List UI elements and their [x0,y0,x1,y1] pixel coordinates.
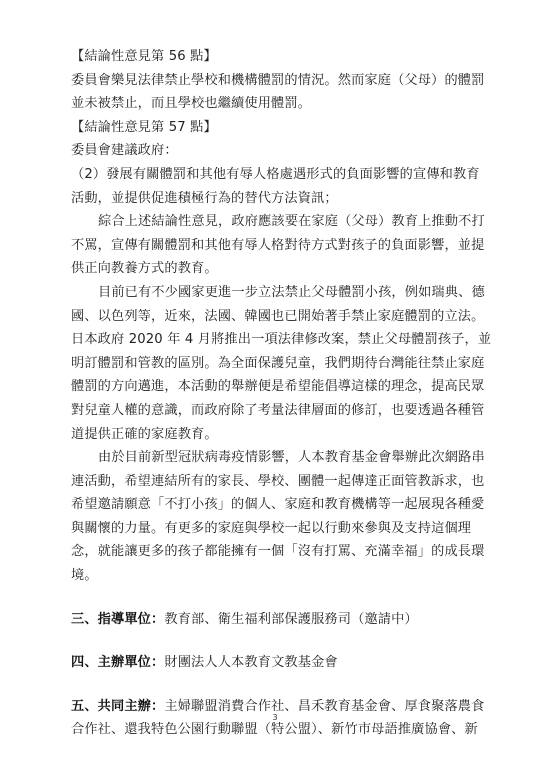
section-label: 三、指導單位： [71,612,164,627]
text-line: 與關懷的力量。有更多的家庭與學校一起以行動來參與及支持這個理 [71,517,491,541]
section-value: 主婦聯盟消費合作社、昌禾教育基金會、厚食聚落農食 [164,699,484,714]
recommendation-item-2: （2）發展有關體罰和其他有辱人格處遇形式的負面影響的宣傳和教育 活動，並提供促進… [71,163,491,210]
text-line: 日本政府 2020 年 4 月將推出一項法律修改案，禁止父母體罰孩子，並 [71,328,491,352]
document-page: 【結論性意見第 56 點】 委員會樂見法律禁止學校和機構體罰的情況。然而家庭（父… [0,0,550,778]
section-value: 教育部、衛生福利部保護服務司（邀請中） [164,612,417,627]
text-line: 明訂體罰和管教的區別。為全面保護兒童，我們期待台灣能往禁止家庭 [71,352,491,376]
text-line: 希望邀請願意「不打小孩」的個人、家庭和教育機構等一起展現各種愛 [71,493,491,517]
spacer [71,631,491,651]
text-line: 不罵，宣傳有關體罰和其他有辱人格對待方式對孩子的負面影響，並提 [71,234,491,258]
conclusion-57-heading: 【結論性意見第 57 點】 [71,116,491,140]
text-line: 念，就能讓更多的孩子都能擁有一個「沒有打罵、充滿幸福」的成長環 [71,540,491,564]
text-line: 對兒童人權的意識，而政府除了考量法律層面的修訂，也要透過各種管 [71,399,491,423]
text-line: 由於目前新型冠狀病毒疫情影響，人本教育基金會舉辦此次網路串 [71,446,491,470]
text-line: 委員會樂見法律禁止學校和機構體罰的情況。然而家庭（父母）的體罰 [71,69,491,93]
committee-recommendation-intro: 委員會建議政府： [71,139,491,163]
summary-paragraph: 綜合上述結論性意見，政府應該要在家庭（父母）教育上推動不打 不罵，宣傳有關體罰和… [71,210,491,281]
page-number: 3 [0,713,550,722]
text-line: 活動，並提供促進積極行為的替代方法資訊； [71,187,491,211]
text-line: （2）發展有關體罰和其他有辱人格處遇形式的負面影響的宣傳和教育 [71,163,491,187]
spacer [71,588,491,608]
page-content: 【結論性意見第 56 點】 委員會樂見法律禁止學校和機構體罰的情況。然而家庭（父… [71,45,491,742]
section-label: 四、主辦單位： [71,655,164,670]
text-line: 國、以色列等，近來，法國、韓國也已開始著手禁止家庭體罰的立法。 [71,305,491,329]
text-line: 目前已有不少國家更進一步立法禁止父母體罰小孩，例如瑞典、德 [71,281,491,305]
section-guiding-units: 三、指導單位：教育部、衛生福利部保護服務司（邀請中） [71,608,491,632]
section-value: 財團法人人本教育文教基金會 [164,655,337,670]
text-line: 體罰的方向邁進，本活動的舉辦便是希望能倡導這樣的理念，提高民眾 [71,375,491,399]
section-label: 五、共同主辦： [71,699,164,714]
section-organizer: 四、主辦單位：財團法人人本教育文教基金會 [71,651,491,675]
conclusion-56-heading: 【結論性意見第 56 點】 [71,45,491,69]
legislation-paragraph: 目前已有不少國家更進一步立法禁止父母體罰小孩，例如瑞典、德 國、以色列等，近來，… [71,281,491,446]
text-line: 供正向教養方式的教育。 [71,257,491,281]
spacer [71,675,491,695]
text-line: 綜合上述結論性意見，政府應該要在家庭（父母）教育上推動不打 [71,210,491,234]
text-line: 境。 [71,564,491,588]
conclusion-56-body: 委員會樂見法律禁止學校和機構體罰的情況。然而家庭（父母）的體罰 並未被禁止，而且… [71,69,491,116]
text-line: 並未被禁止，而且學校也繼續使用體罰。 [71,92,491,116]
campaign-paragraph: 由於目前新型冠狀病毒疫情影響，人本教育基金會舉辦此次網路串 連活動，希望連結所有… [71,446,491,588]
text-line: 道提供正確的家庭教育。 [71,423,491,447]
text-line: 連活動，希望連結所有的家長、學校、團體一起傳達正面管教訴求，也 [71,470,491,494]
